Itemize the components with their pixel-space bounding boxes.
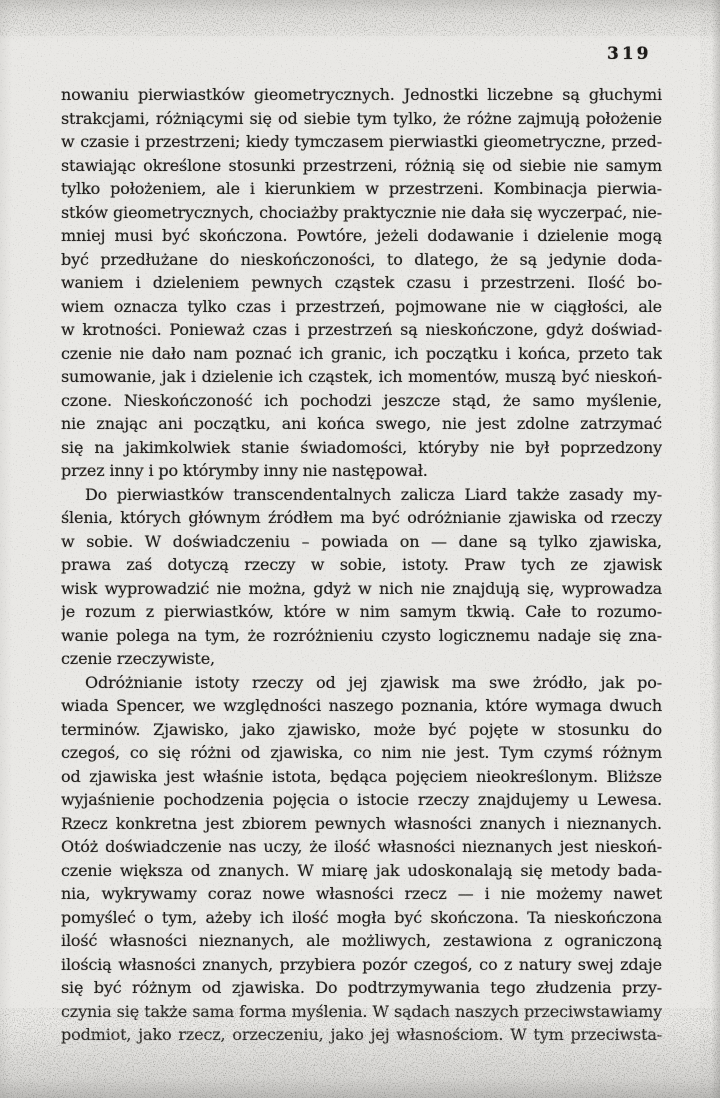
text-line: Do pierwiastków transcendentalnych zalic…	[61, 483, 662, 507]
text-line: czenie nie dało nam poznać ich granic, i…	[61, 342, 662, 366]
text-line: się być różnym od zjawiska. Do podtrzymy…	[61, 976, 662, 1000]
text-line: terminów. Zjawisko, jako zjawisko, może …	[61, 718, 662, 742]
text-line: w czasie i przestrzeni; kiedy tymczasem …	[61, 130, 662, 154]
text-line: wiada Spencer, we względności naszego po…	[61, 694, 662, 718]
text-line: czone. Nieskończoność ich pochodzi jeszc…	[61, 389, 662, 413]
text-line: się na jakimkolwiek stanie świadomości, …	[61, 436, 662, 460]
body-text: nowaniu pierwiastków gieometrycznych. Je…	[61, 83, 662, 1047]
page-number: 319	[607, 44, 653, 64]
text-line: wiem oznacza tylko czas i przestrzeń, po…	[61, 295, 662, 319]
text-line: ilość własności nieznanych, ale możliwyc…	[61, 929, 662, 953]
text-line: od zjawiska jest właśnie istota, będąca …	[61, 765, 662, 789]
text-line: pomyśleć o tym, ażeby ich ilość mogła by…	[61, 906, 662, 930]
text-line: sumowanie, jak i dzielenie ich cząstek, …	[61, 365, 662, 389]
text-line: waniem i dzieleniem pewnych cząstek czas…	[61, 271, 662, 295]
text-line: prawa zaś dotyczą rzeczy w sobie, istoty…	[61, 553, 662, 577]
text-line: nie znając ani początku, ani końca swego…	[61, 412, 662, 436]
text-line: mniej musi być skończona. Powtóre, jeżel…	[61, 224, 662, 248]
text-line: wyjaśnienie pochodzenia pojęcia o istoci…	[61, 788, 662, 812]
text-line: w krotności. Ponieważ czas i przestrzeń …	[61, 318, 662, 342]
text-line: czenie większa od znanych. W miarę jak u…	[61, 859, 662, 883]
text-line: czenie rzeczywiste,	[61, 647, 662, 671]
text-line: czegoś, co się różni od zjawiska, co nim…	[61, 741, 662, 765]
text-line: być przedłużane do nieskończoności, to d…	[61, 248, 662, 272]
text-line: Odróżnianie istoty rzeczy od jej zjawisk…	[61, 671, 662, 695]
text-line: ślenia, których głównym źródłem ma być o…	[61, 506, 662, 530]
text-line: stawiając określone stosunki przestrzeni…	[61, 154, 662, 178]
text-line: czynia się także sama forma myślenia. W …	[61, 1000, 662, 1024]
text-line: podmiot, jako rzecz, orzeczeniu, jako je…	[61, 1023, 662, 1047]
text-line: przez inny i po którymby inny nie następ…	[61, 459, 662, 483]
text-line: je rozum z pierwiastków, które w nim sam…	[61, 600, 662, 624]
text-line: wanie polega na tym, że rozróżnieniu czy…	[61, 624, 662, 648]
text-line: Rzecz konkretna jest zbiorem pewnych wła…	[61, 812, 662, 836]
text-line: strakcjami, różniącymi się od siebie tym…	[61, 107, 662, 131]
scanned-book-page: 319 nowaniu pierwiastków gieometrycznych…	[0, 0, 720, 1098]
text-line: ilością własności znanych, przybiera poz…	[61, 953, 662, 977]
text-line: wisk wyprowadzić nie można, gdyż w nich …	[61, 577, 662, 601]
text-line: tylko położeniem, ale i kierunkiem w prz…	[61, 177, 662, 201]
text-line: Otóż doświadczenie nas uczy, że ilość wł…	[61, 835, 662, 859]
text-line: nowaniu pierwiastków gieometrycznych. Je…	[61, 83, 662, 107]
text-line: stków gieometrycznych, chociażby praktyc…	[61, 201, 662, 225]
text-line: w sobie. W doświadczeniu – powiada on — …	[61, 530, 662, 554]
text-line: nia, wykrywamy coraz nowe własności rzec…	[61, 882, 662, 906]
